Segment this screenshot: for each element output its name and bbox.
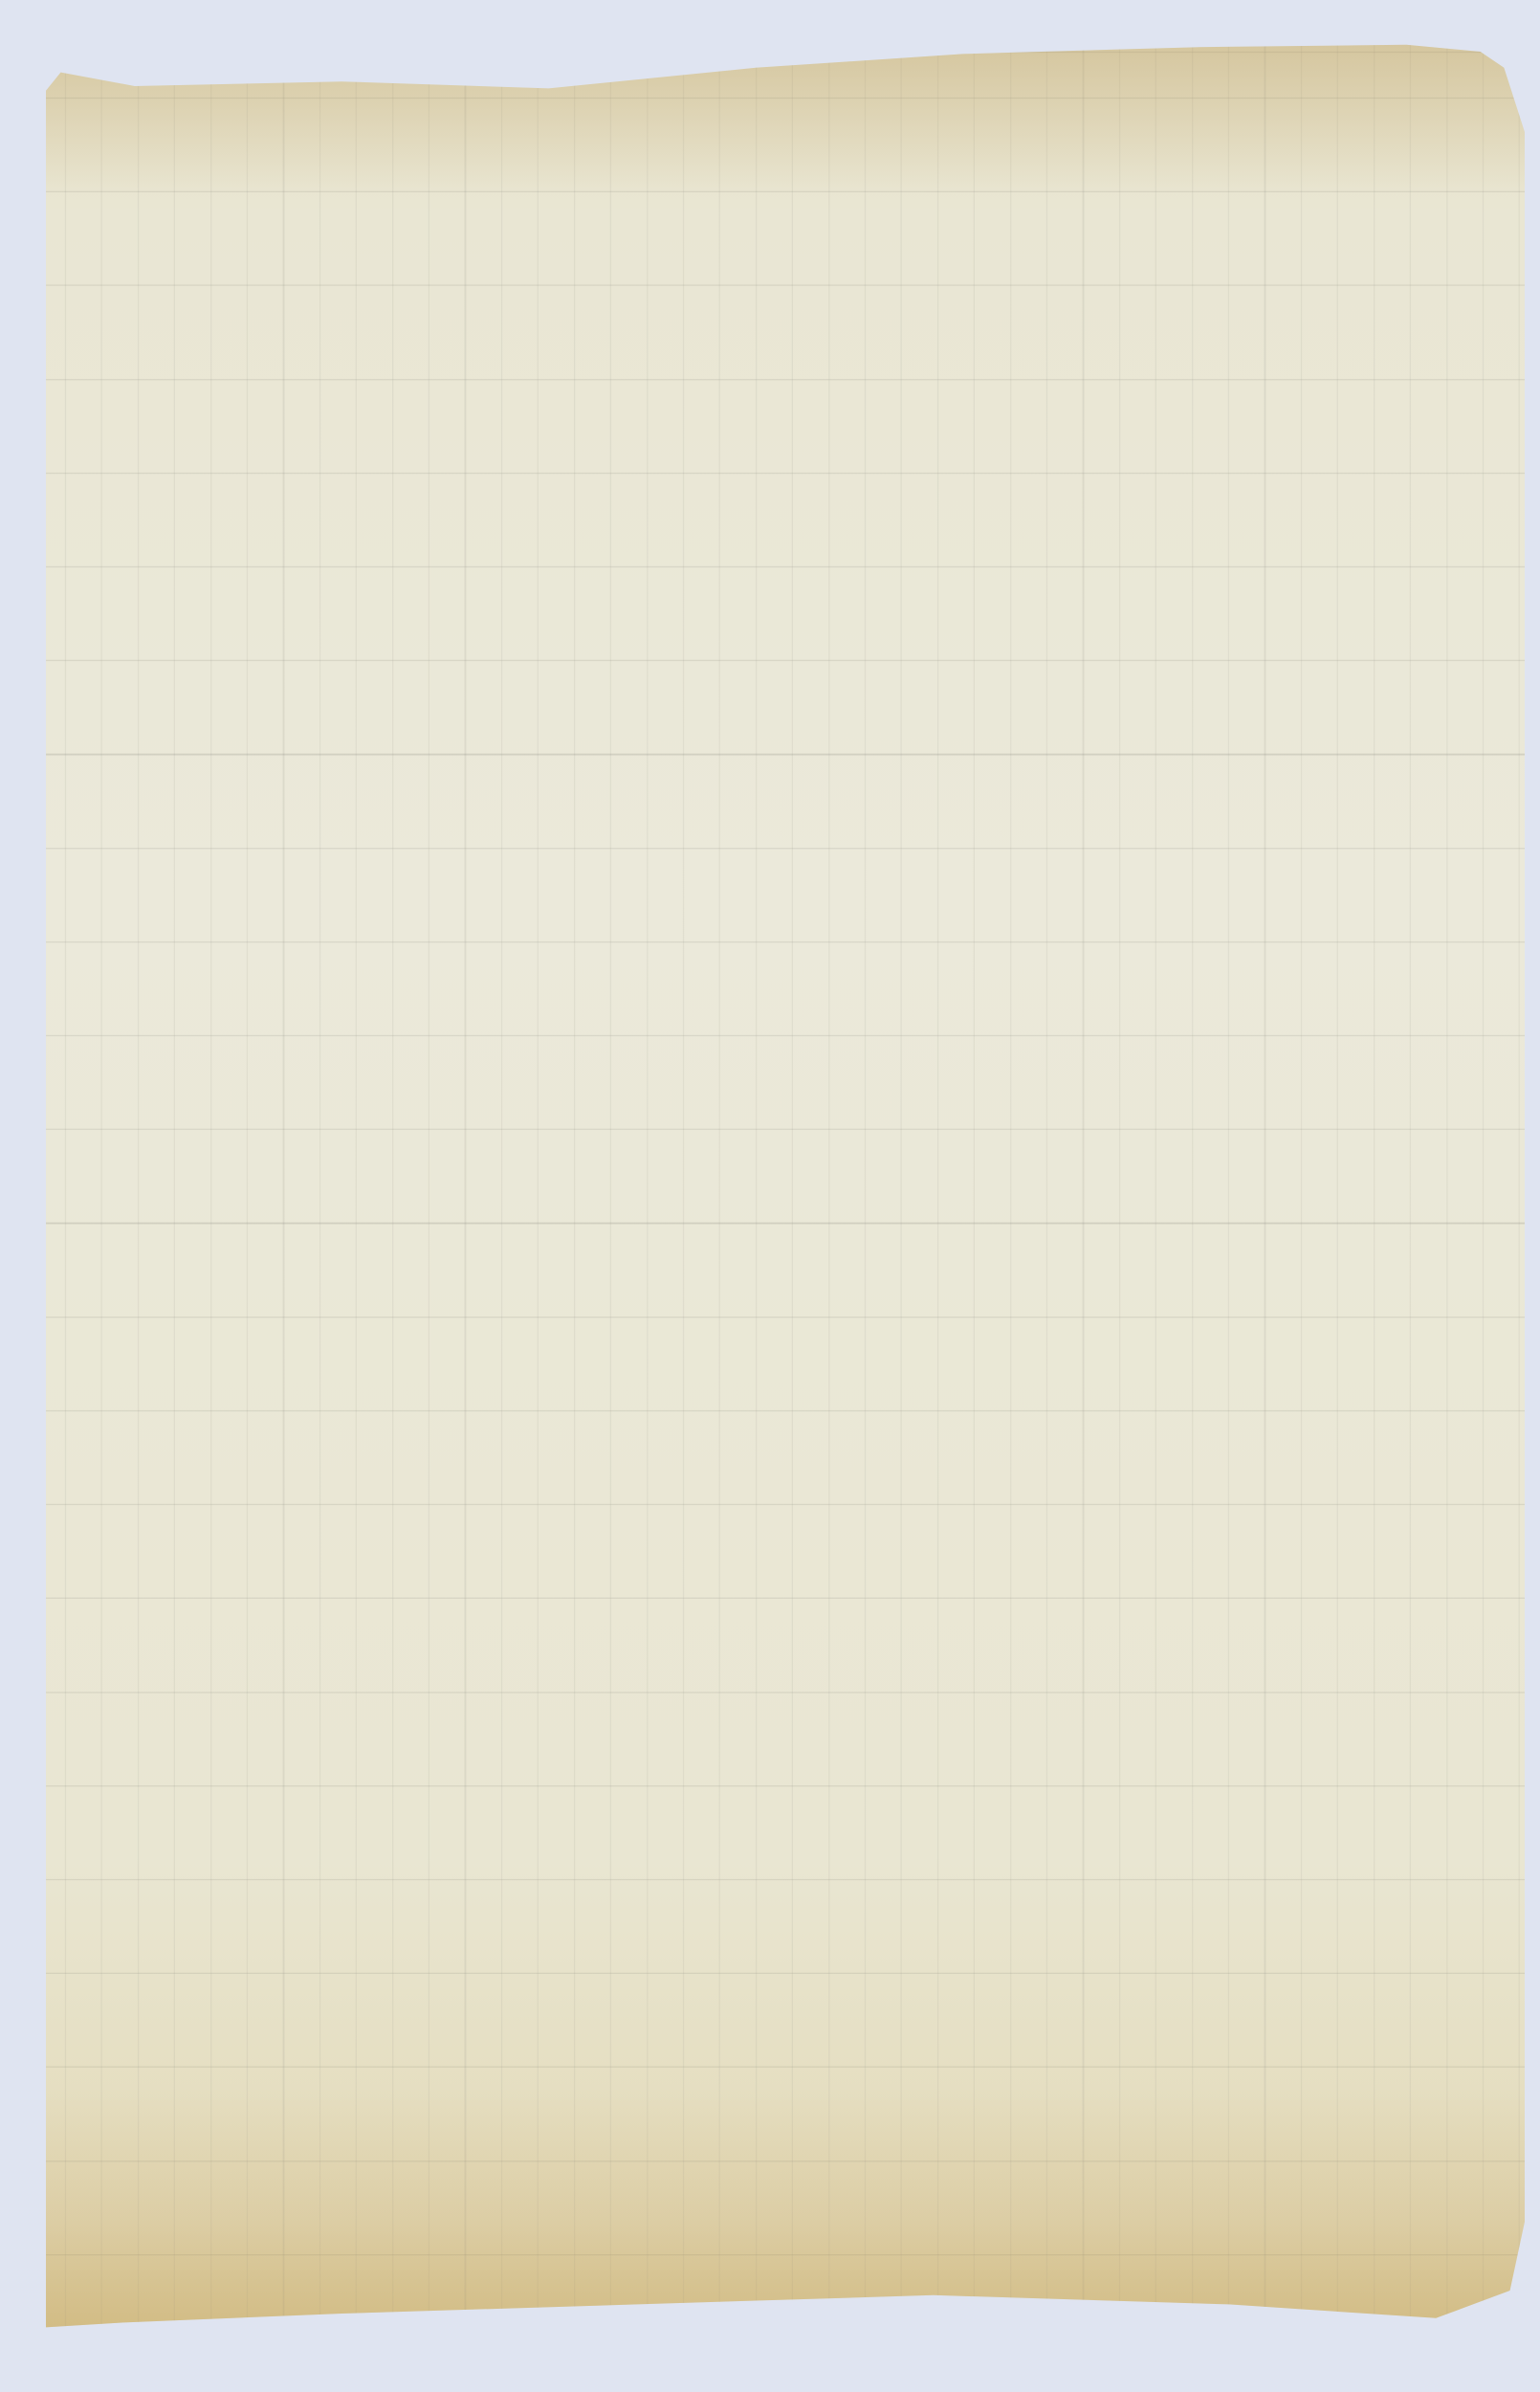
paper-stain-top: [46, 40, 1525, 193]
letter-paper: [46, 40, 1525, 2337]
graph-paper-grid: [46, 40, 1525, 2337]
paper-stain-bottom: [46, 2088, 1525, 2337]
